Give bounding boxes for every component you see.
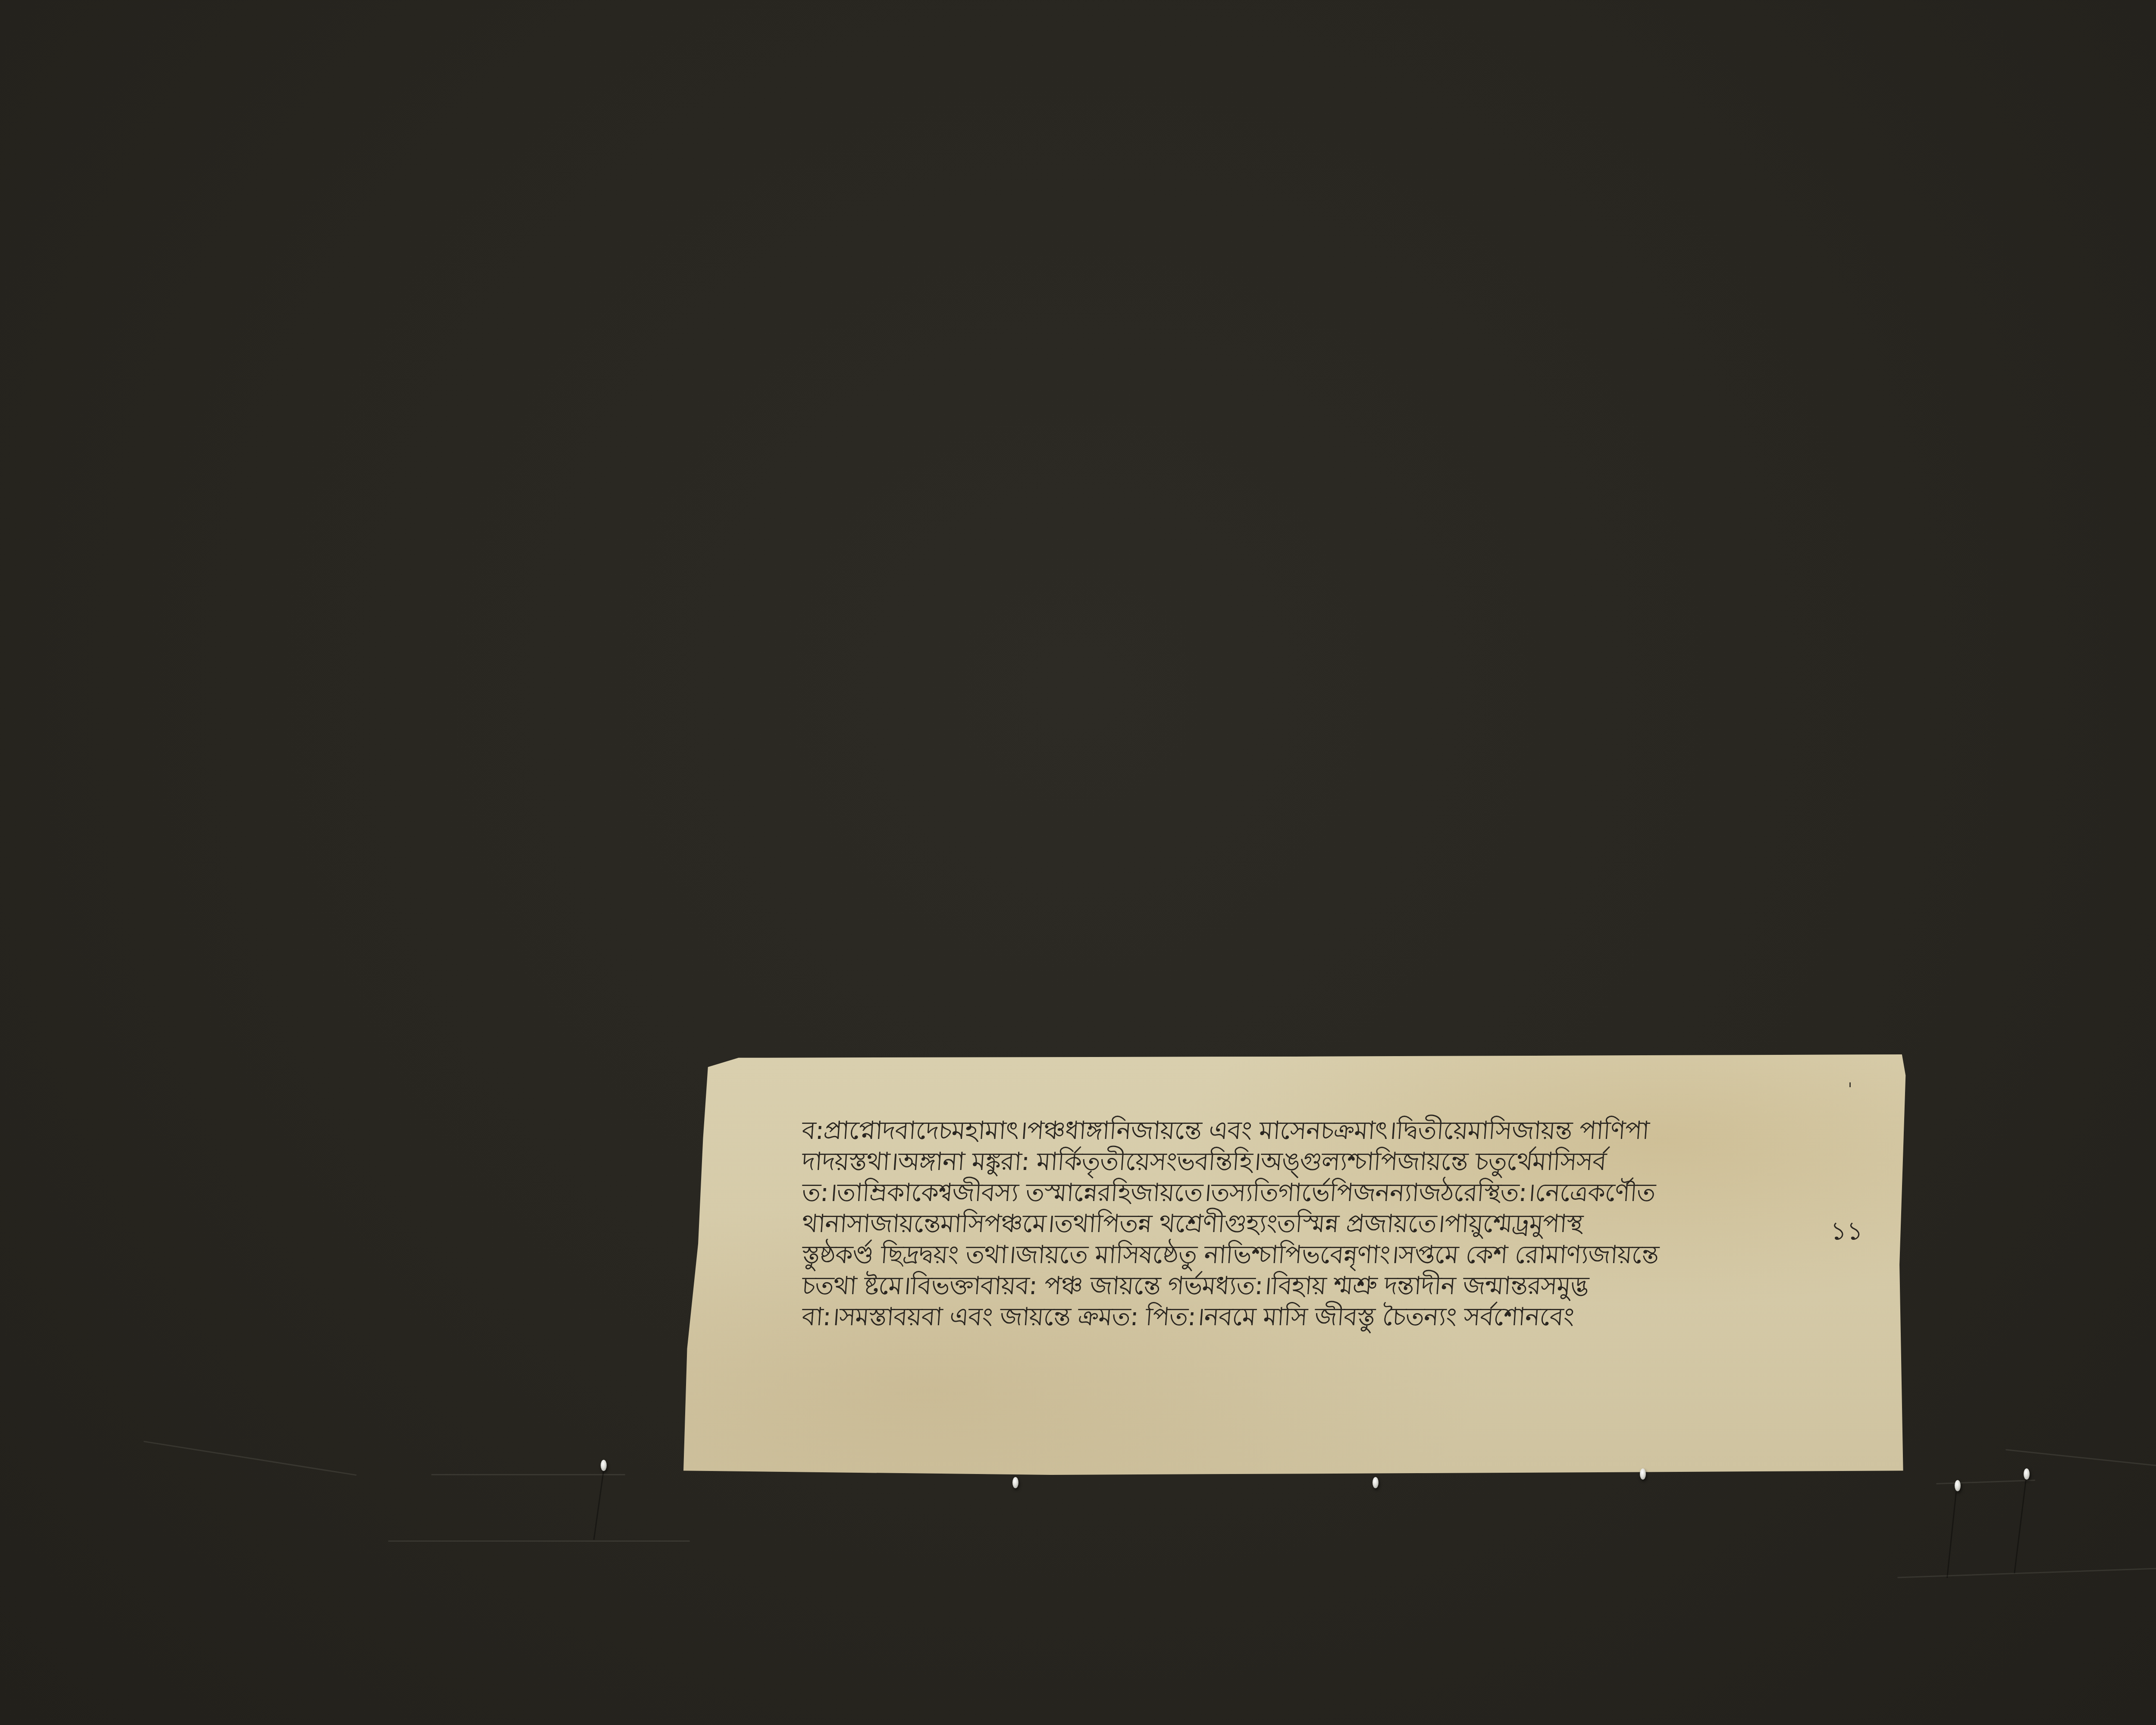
board-crease — [1936, 1480, 2035, 1484]
board-crease — [1897, 1562, 2156, 1578]
manuscript-line-7: বা:।সমস্তাবয়বা এবং জায়ন্তে ক্রমত: পিত:… — [801, 1301, 1859, 1332]
folio-number: ১১ — [1830, 1212, 1863, 1254]
manuscript-leaf: ব:প্রাপ্নোদবাদেচমহামাৎ।পঞ্চধাঙ্গানিজায়ন… — [683, 1054, 1908, 1475]
manuscript-text: ব:প্রাপ্নোদবাদেচমহামাৎ।পঞ্চধাঙ্গানিজায়ন… — [802, 1115, 1858, 1332]
board-crease — [144, 1441, 357, 1476]
pin-icon — [1373, 1477, 1379, 1488]
manuscript-line-4: থানাসাজায়ন্তেমাসিপঞ্চমে।তথাপিতন্ন থশ্রে… — [801, 1208, 1859, 1239]
manuscript-line-1: ব:প্রাপ্নোদবাদেচমহামাৎ।পঞ্চধাঙ্গানিজায়ন… — [801, 1115, 1859, 1146]
board-crease — [2006, 1449, 2156, 1469]
board-crease — [388, 1540, 690, 1542]
pin-icon — [1955, 1480, 1961, 1491]
manuscript-line-3: ত:।তাম্রিকাকেশ্বজীবস্য তস্মান্নেরহিজায়ত… — [801, 1177, 1859, 1208]
manuscript-line-2: দাদয়স্তথা।অঙ্গানা মঙ্কুরা: মার্কিতৃতীয়… — [801, 1146, 1859, 1177]
manuscript-line-5: স্তুষ্ঠকর্ণ্ড ছিদ্রদ্বয়ং তথা।জায়তে মাস… — [801, 1239, 1859, 1270]
board-crease — [431, 1474, 625, 1475]
ink-speck: ˈ — [1848, 1080, 1852, 1100]
pin-icon — [1012, 1477, 1018, 1488]
pin-icon — [2024, 1468, 2030, 1480]
pin-icon — [601, 1460, 607, 1471]
pin-icon — [1640, 1468, 1646, 1480]
manuscript-line-6: চতথা ষ্টমে।বিভক্তাবায়ব: পঞ্চ জায়ন্তে গ… — [801, 1270, 1859, 1301]
